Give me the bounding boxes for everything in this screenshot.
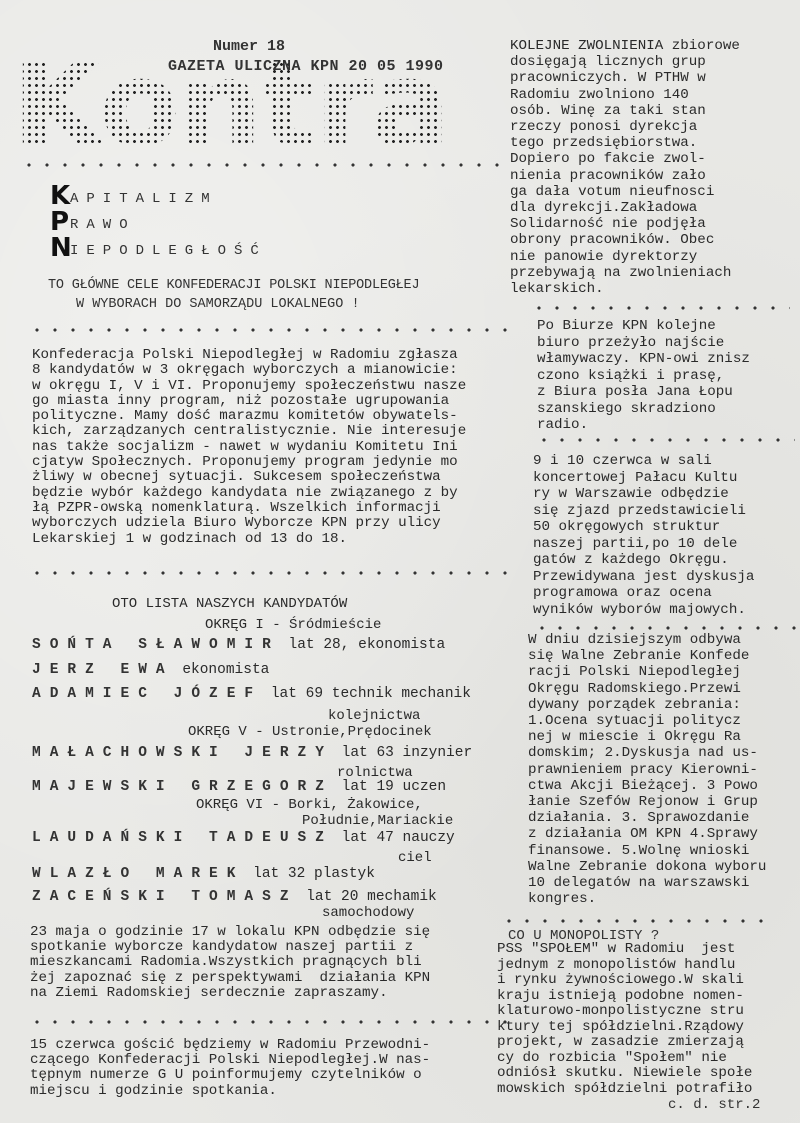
candidates-heading: OTO LISTA NASZYCH KANDYDATÓW bbox=[112, 596, 347, 612]
candidate-row: ZACEŃSKI TOMASZ lat 20 mechamik bbox=[32, 889, 437, 905]
guest-article: 15 czerwca gościć będziemy w Radomiu Prz… bbox=[30, 1038, 430, 1099]
layoffs-article: KOLEJNE ZWOLNIENIA zbiorowedosięgają lic… bbox=[510, 38, 740, 297]
meeting-article: 23 maja o godzinie 17 w lokalu KPN odbęd… bbox=[30, 925, 430, 1001]
text-line: odniósł skutku. Niewiele społe bbox=[497, 1066, 752, 1082]
candidate-info: lat 28, ekonomista bbox=[280, 637, 445, 653]
goals-headline-line1: TO GŁÓWNE CELE KONFEDERACJI POLSKI NIEPO… bbox=[48, 278, 419, 293]
text-line: dla dyrekcji.Zakładowa bbox=[510, 200, 740, 216]
dotted-divider bbox=[533, 625, 798, 631]
text-line: przebywają na zwolnieniach bbox=[510, 265, 740, 281]
text-line: ga dała votum nieufnosci bbox=[510, 184, 740, 200]
text-line: kongres. bbox=[528, 891, 766, 907]
district-heading: OKRĘG I - Śródmieście bbox=[205, 617, 381, 633]
candidate-info: lat 63 inzynier bbox=[333, 745, 472, 761]
slogan-line: P RAWO bbox=[50, 208, 267, 234]
text-line: go miasta inny program, niż pozostałe ug… bbox=[32, 394, 466, 409]
text-line: jednym z monopolistów handlu bbox=[497, 958, 752, 974]
candidate-name: SOŃTA SŁAWOMIR bbox=[32, 637, 280, 653]
text-line: finansowe. 5.Wolnę wnioski bbox=[528, 843, 766, 859]
text-line: PSS "SPOŁEM" w Radomiu jest bbox=[497, 942, 752, 958]
text-line: działania. 3. Sprawozdanie bbox=[528, 810, 766, 826]
text-line: żliwy w obecnej sytuacji. Sukcesem społe… bbox=[32, 470, 466, 485]
candidate-row: MAŁACHOWSKI JERZY lat 63 inzynier bbox=[32, 745, 472, 761]
kpn-slogan: K APITALIZM P RAWO N IEPODLEGŁOŚĆ bbox=[50, 182, 267, 260]
slogan-initial: P bbox=[50, 210, 68, 234]
text-line: nas także socjalizm - nawet w wydaniu Ko… bbox=[32, 440, 466, 455]
candidate-row: LAUDAŃSKI TADEUSZ lat 47 nauczy bbox=[32, 830, 455, 846]
candidate-name: ZACEŃSKI TOMASZ bbox=[32, 889, 298, 905]
dotted-divider bbox=[500, 918, 770, 924]
candidate-info-cont: kolejnictwa bbox=[328, 708, 420, 724]
candidate-row: WLAZŁO MAREK lat 32 plastyk bbox=[32, 866, 375, 882]
dotted-divider bbox=[28, 570, 513, 576]
text-line: miejscu i godzinie spotkania. bbox=[30, 1084, 430, 1099]
district-heading: OKRĘG V - Ustronie,Prędocinek bbox=[188, 724, 432, 740]
text-line: ctwa Akcji Bieżącej. 3 Powo bbox=[528, 778, 766, 794]
text-line: spotkanie wyborcze kandydatow naszej par… bbox=[30, 940, 430, 955]
candidate-name: JERZ EWA bbox=[32, 662, 174, 678]
text-line: 9 i 10 czerwca w sali bbox=[533, 453, 754, 470]
newspaper-page: Kontra Numer 18 GAZETA ULICZNA KPN 20 05… bbox=[0, 0, 800, 1123]
candidate-row: MAJEWSKI GRZEGORZ lat 19 uczen bbox=[32, 779, 446, 795]
slogan-word: IEPODLEGŁOŚĆ bbox=[68, 242, 267, 260]
text-line: się zjazd przedstawicieli bbox=[533, 503, 754, 520]
issue-number: Numer 18 bbox=[213, 38, 285, 55]
candidate-name: ADAMIEC JÓZEF bbox=[32, 686, 262, 702]
candidate-row: JERZ EWA ekonomista bbox=[32, 662, 269, 678]
text-line: będzie wybór każdego kandydata nie związ… bbox=[32, 486, 466, 501]
text-line: 8 kandydatów w 3 okręgach wyborczych a m… bbox=[32, 363, 466, 378]
text-line: W dniu dzisiejszym odbywa bbox=[528, 632, 766, 648]
text-line: z działania OM KPN 4.Sprawy bbox=[528, 826, 766, 842]
district-heading: Południe,Mariackie bbox=[302, 813, 453, 829]
text-line: nej w miescie i Okręgu Ra bbox=[528, 729, 766, 745]
congress-article: 9 i 10 czerwca w salikoncertowej Pałacu … bbox=[533, 453, 754, 618]
text-line: Okręgu Radomskiego.Przewi bbox=[528, 681, 766, 697]
text-line: mowskich spółdzielni potrafiło bbox=[497, 1082, 752, 1098]
text-line: Walne Zebranie dokona wyboru bbox=[528, 859, 766, 875]
dotted-divider bbox=[28, 327, 513, 333]
text-line: szanskiego skradziono bbox=[537, 401, 750, 418]
candidate-info-cont: ciel bbox=[398, 850, 432, 866]
text-line: kraju istnieją podobne nomen- bbox=[497, 989, 752, 1005]
text-line: gatów z każdego Okręgu. bbox=[533, 552, 754, 569]
dotted-divider bbox=[530, 305, 790, 311]
candidate-name: WLAZŁO MAREK bbox=[32, 866, 244, 882]
candidate-name: MAŁACHOWSKI JERZY bbox=[32, 745, 333, 761]
text-line: rzeczy ponosi dyrekcja bbox=[510, 119, 740, 135]
text-line: wyników wyborów majowych. bbox=[533, 602, 754, 619]
text-line: 15 czerwca gościć będziemy w Radomiu Prz… bbox=[30, 1038, 430, 1053]
candidate-info: lat 47 nauczy bbox=[333, 830, 455, 846]
candidate-info: lat 20 mechamik bbox=[298, 889, 437, 905]
assembly-article: W dniu dzisiejszym odbywasię Walne Zebra… bbox=[528, 632, 766, 907]
text-line: cy do rozbicia "Społem" nie bbox=[497, 1051, 752, 1067]
text-line: mieszkancami Radomia.Wszystkich pragnący… bbox=[30, 955, 430, 970]
intro-article: Konfederacja Polski Niepodległej w Radom… bbox=[32, 348, 466, 547]
slogan-initial: N bbox=[50, 236, 68, 260]
text-line: ktury tej spółdzielni.Rządowy bbox=[497, 1020, 752, 1036]
text-line: racji Polski Niepodległej bbox=[528, 664, 766, 680]
candidate-info-cont: samochodowy bbox=[322, 905, 414, 921]
text-line: osób. Winę za taki stan bbox=[510, 103, 740, 119]
text-line: tępnym numerze G U poinformujemy czyteln… bbox=[30, 1068, 430, 1083]
text-line: pracowniczych. W PTHW w bbox=[510, 70, 740, 86]
text-line: klaturowo-monpolistyczne stru bbox=[497, 1004, 752, 1020]
text-line: i rynku żywnościowego.W skali bbox=[497, 973, 752, 989]
text-line: Dopiero po fakcie zwol- bbox=[510, 151, 740, 167]
district-heading: OKRĘG VI - Borki, Żakowice, bbox=[196, 797, 423, 813]
text-line: KOLEJNE ZWOLNIENIA zbiorowe bbox=[510, 38, 740, 54]
candidate-name: LAUDAŃSKI TADEUSZ bbox=[32, 830, 333, 846]
text-line: Solidarność nie podjęła bbox=[510, 216, 740, 232]
candidate-row: SOŃTA SŁAWOMIR lat 28, ekonomista bbox=[32, 637, 445, 653]
slogan-word: APITALIZM bbox=[68, 190, 218, 208]
text-line: Przewidywana jest dyskusja bbox=[533, 569, 754, 586]
text-line: ry w Warszawie odbędzie bbox=[533, 486, 754, 503]
text-line: Lekarskiej 1 w godzinach od 13 do 18. bbox=[32, 532, 466, 547]
text-line: projekt, w zasadzie zmierzają bbox=[497, 1035, 752, 1051]
text-line: cjatyw Społecznych. Proponujemy program … bbox=[32, 455, 466, 470]
text-line: z Biura posła Jana Łopu bbox=[537, 384, 750, 401]
slogan-line: K APITALIZM bbox=[50, 182, 267, 208]
text-line: 23 maja o godzinie 17 w lokalu KPN odbęd… bbox=[30, 925, 430, 940]
text-line: lekarskich. bbox=[510, 281, 740, 297]
text-line: prawnieniem pracy Kierowni- bbox=[528, 762, 766, 778]
text-line: dosięgają licznych grup bbox=[510, 54, 740, 70]
text-line: 50 okręgowych struktur bbox=[533, 519, 754, 536]
text-line: nie panowie dyrektorzy bbox=[510, 249, 740, 265]
text-line: czono książki i prasę, bbox=[537, 368, 750, 385]
candidate-name: MAJEWSKI GRZEGORZ bbox=[32, 779, 333, 795]
text-line: kich, zarządzanych centralistycznie. Nie… bbox=[32, 424, 466, 439]
text-line: programowa oraz ocena bbox=[533, 585, 754, 602]
text-line: łanie Szefów Rejonow i Grup bbox=[528, 794, 766, 810]
text-line: 10 delegatów na warszawski bbox=[528, 875, 766, 891]
text-line: Konfederacja Polski Niepodległej w Radom… bbox=[32, 348, 466, 363]
text-line: koncertowej Pałacu Kultu bbox=[533, 470, 754, 487]
text-line: w okręgu I, V i VI. Proponujemy społecze… bbox=[32, 379, 466, 394]
text-line: 1.Ocena sytuacji politycz bbox=[528, 713, 766, 729]
text-line: czącego Konfederacji Polski Niepodległej… bbox=[30, 1053, 430, 1068]
text-line: polityczne. Mamy dość marazmu komitetów … bbox=[32, 409, 466, 424]
masthead-subtitle: GAZETA ULICZNA KPN 20 05 1990 bbox=[168, 58, 444, 75]
text-line: radio. bbox=[537, 417, 750, 434]
candidate-info: lat 69 technik mechanik bbox=[262, 686, 471, 702]
candidate-row: ADAMIEC JÓZEF lat 69 technik mechanik bbox=[32, 686, 471, 702]
text-line: biuro przeżyło najście bbox=[537, 335, 750, 352]
burglary-article: Po Biurze KPN kolejnebiuro przeżyło najś… bbox=[537, 318, 750, 434]
text-line: tego przedsiębiorstwa. bbox=[510, 135, 740, 151]
goals-headline-line2: W WYBORACH DO SAMORZĄDU LOKALNEGO ! bbox=[76, 297, 360, 312]
text-line: wyborczych udziela Biuro Wyborcze KPN pr… bbox=[32, 516, 466, 531]
text-line: obrony pracowników. Obec bbox=[510, 232, 740, 248]
dotted-divider bbox=[535, 437, 795, 443]
dotted-divider bbox=[28, 1019, 513, 1025]
monopoly-article: PSS "SPOŁEM" w Radomiu jestjednym z mono… bbox=[497, 942, 752, 1097]
text-line: Po Biurze KPN kolejne bbox=[537, 318, 750, 335]
text-line: łą PZPR-owską nomenklaturą. Wszelkich in… bbox=[32, 501, 466, 516]
continued-note: c. d. str.2 bbox=[668, 1097, 760, 1113]
slogan-word: RAWO bbox=[68, 216, 136, 234]
text-line: Radomiu zwolniono 140 bbox=[510, 87, 740, 103]
candidate-info: lat 19 uczen bbox=[333, 779, 446, 795]
candidate-info: ekonomista bbox=[174, 662, 270, 678]
dotted-divider bbox=[20, 162, 510, 168]
text-line: naszej partii,po 10 dele bbox=[533, 536, 754, 553]
text-line: domskim; 2.Dyskusja nad us- bbox=[528, 745, 766, 761]
candidate-info: lat 32 plastyk bbox=[244, 866, 375, 882]
text-line: żej zapoznać się z perspektywami działan… bbox=[30, 971, 430, 986]
slogan-line: N IEPODLEGŁOŚĆ bbox=[50, 234, 267, 260]
text-line: nienia pracowników zało bbox=[510, 168, 740, 184]
text-line: dywany porządek zebrania: bbox=[528, 697, 766, 713]
slogan-initial: K bbox=[50, 184, 68, 208]
masthead: Kontra Numer 18 GAZETA ULICZNA KPN 20 05… bbox=[8, 14, 508, 154]
text-line: włamywaczy. KPN-owi znisz bbox=[537, 351, 750, 368]
text-line: się Walne Zebranie Konfede bbox=[528, 648, 766, 664]
text-line: na Ziemi Radomskiej serdecznie zapraszam… bbox=[30, 986, 430, 1001]
